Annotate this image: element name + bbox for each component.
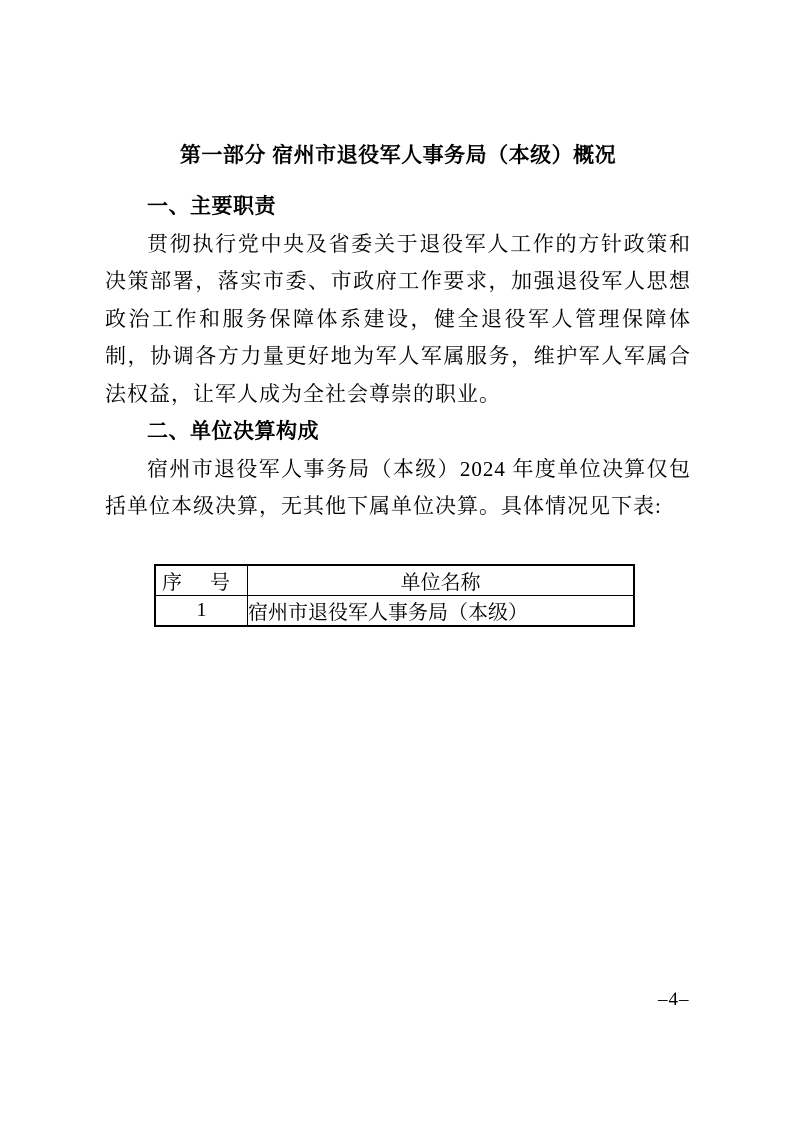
header-cell-unit-name: 单位名称: [248, 565, 635, 596]
seq-header-text: 序 号: [156, 566, 247, 595]
document-page: 第一部分 宿州市退役军人事务局（本级）概况 一、主要职责 贯彻执行党中央及省委关…: [0, 0, 793, 1122]
paragraph-main-duties: 贯彻执行党中央及省委关于退役军人工作的方针政策和决策部署，落实市委、市政府工作要…: [105, 226, 691, 414]
section-heading-unit-composition: 二、单位决算构成: [105, 413, 691, 451]
seq-header-char-left: 序: [162, 566, 182, 595]
document-title: 第一部分 宿州市退役军人事务局（本级）概况: [105, 139, 691, 172]
document-content: 第一部分 宿州市退役军人事务局（本级）概况 一、主要职责 贯彻执行党中央及省委关…: [105, 139, 691, 627]
paragraph-unit-composition: 宿州市退役军人事务局（本级）2024 年度单位决算仅包括单位本级决算，无其他下属…: [105, 451, 691, 526]
seq-header-char-right: 号: [210, 566, 230, 595]
unit-table-header-row: 序 号 单位名称: [155, 565, 634, 596]
cell-unit-name: 宿州市退役军人事务局（本级）: [248, 595, 635, 626]
section-heading-main-duties: 一、主要职责: [105, 188, 691, 226]
unit-table: 序 号 单位名称 1 宿州市退役军人事务局（本级）: [154, 564, 635, 627]
page-number: –4–: [658, 989, 690, 1011]
header-cell-seq: 序 号: [155, 565, 248, 596]
unit-table-data-row: 1 宿州市退役军人事务局（本级）: [155, 595, 634, 626]
cell-seq: 1: [155, 595, 248, 626]
